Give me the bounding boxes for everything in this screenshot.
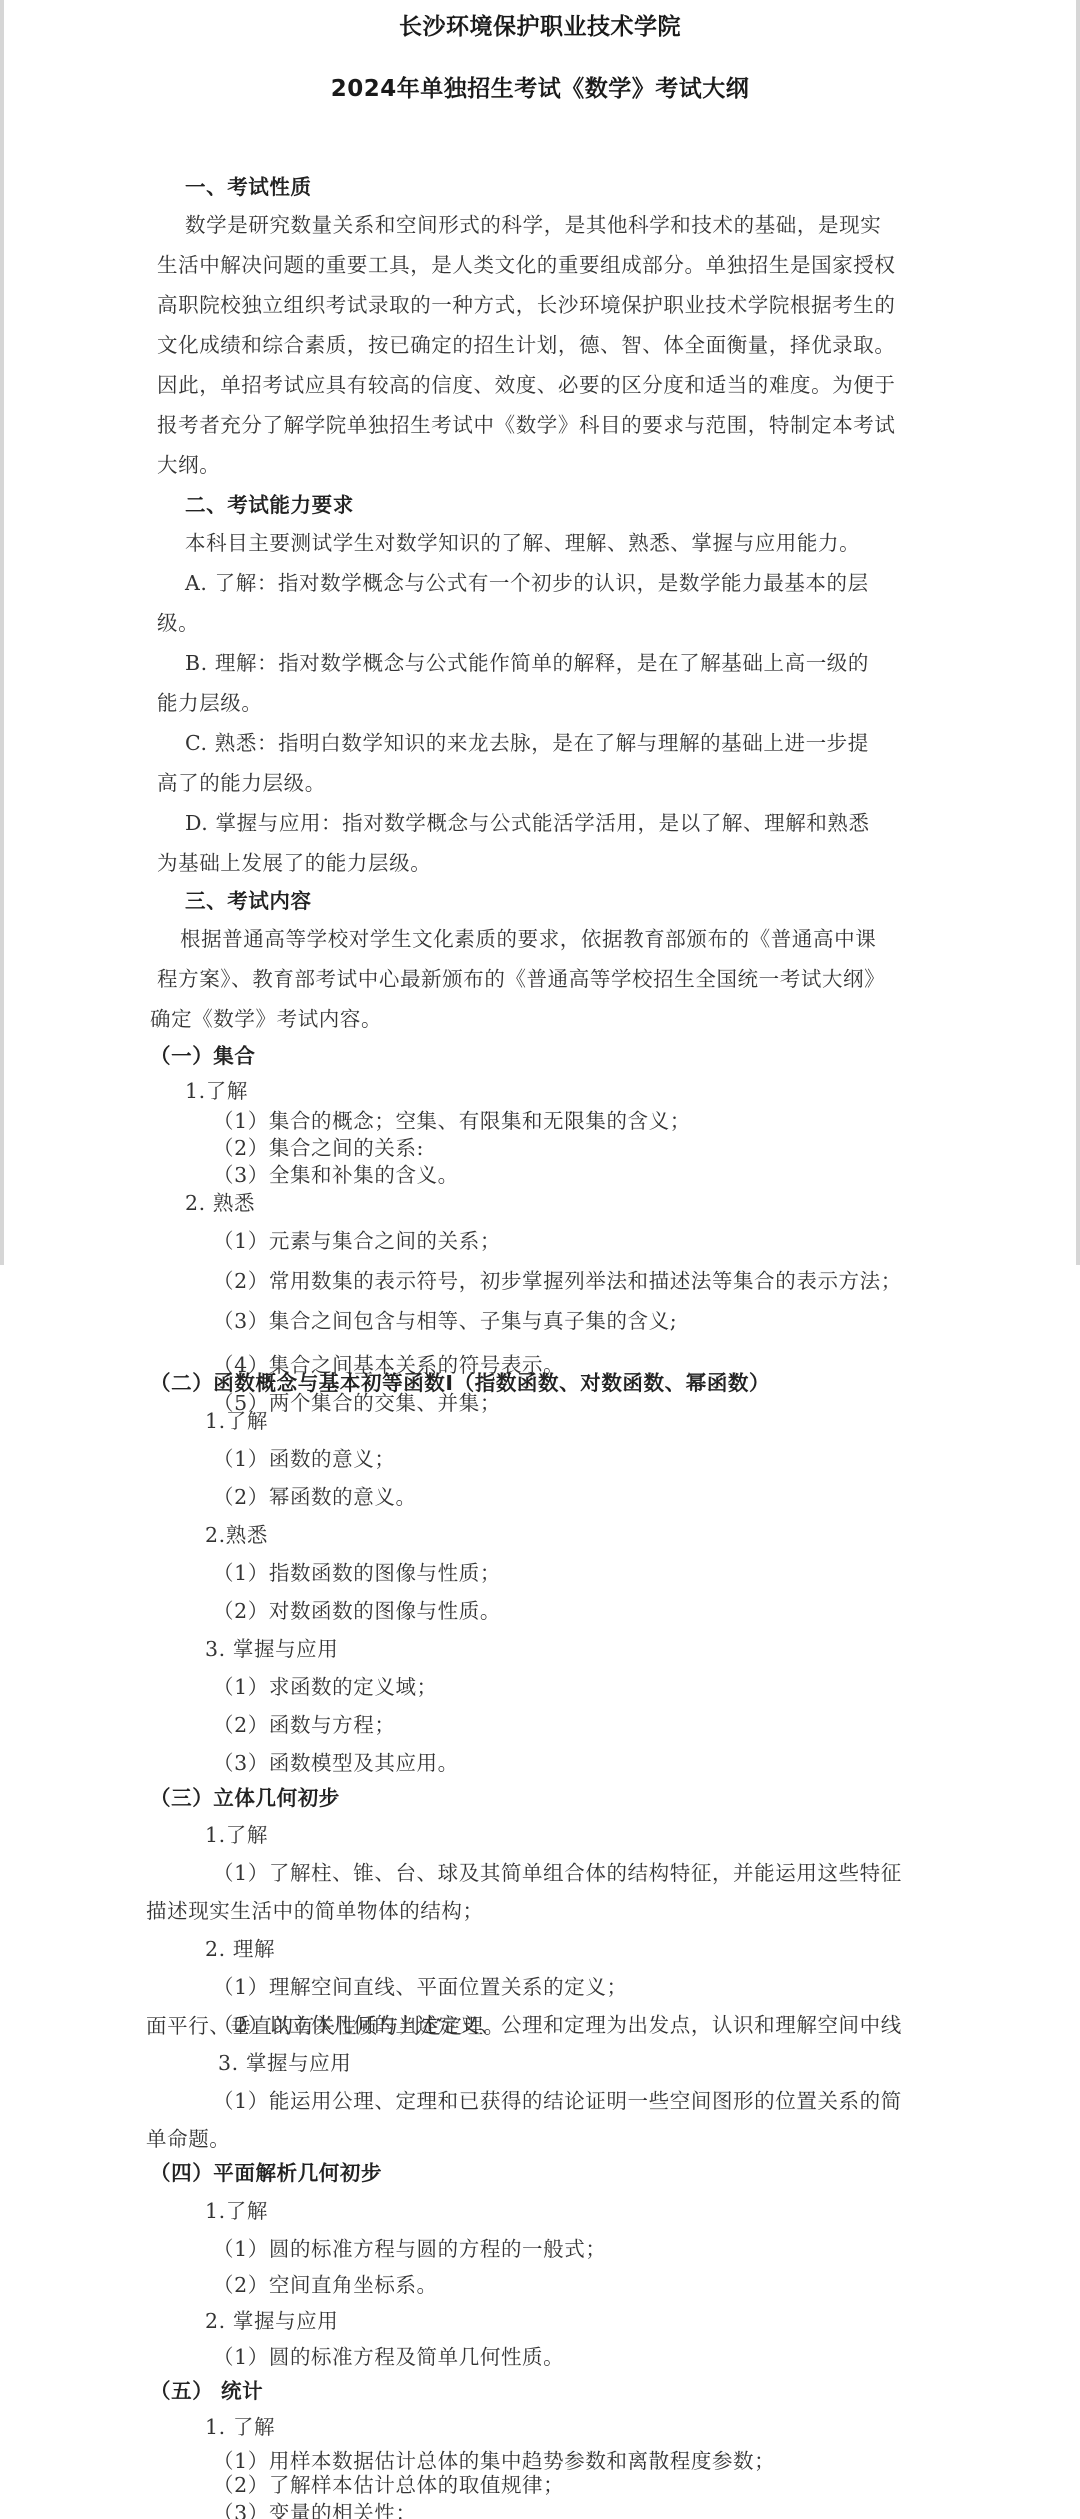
list-item: （3）变量的相关性：	[213, 2500, 417, 2519]
list-item: （1）求函数的定义域；	[213, 1674, 438, 1700]
level-b-line: B. 理解：指对数学概念与公式能作简单的解释，是在了解基础上高一级的	[185, 650, 869, 676]
document-title: 2024年单独招生考试《数学》考试大纲	[0, 76, 1080, 102]
section-heading-ability: 二、考试能力要求	[185, 492, 354, 518]
list-item: （2）集合之间的关系:	[213, 1135, 424, 1161]
paragraph-line: 高职院校独立组织考试录取的一种方式，长沙环境保护职业技术学院根据考生的	[157, 292, 896, 318]
paragraph-line: 本科目主要测试学生对数学知识的了解、理解、熟悉、掌握与应用能力。	[185, 530, 860, 556]
list-item: （1）能运用公理、定理和已获得的结论证明一些空间图形的位置关系的简	[213, 2088, 902, 2114]
list-item: （1）理解空间直线、平面位置关系的定义；	[213, 1974, 628, 2000]
list-item: （2）函数与方程；	[213, 1712, 395, 1738]
topic-heading-functions: （二）函数概念与基本初等函数Ⅰ（指数函数、对数函数、幂函数）	[150, 1370, 770, 1396]
group-label: 1.了解	[205, 2198, 268, 2224]
group-label: 2. 掌握与应用	[205, 2308, 338, 2334]
list-item: （2）空间直角坐标系。	[213, 2272, 438, 2298]
level-a-line: A. 了解：指对数学概念与公式有一个初步的认识，是数学能力最基本的层	[185, 570, 869, 596]
topic-heading-analytic-geometry: （四）平面解析几何初步	[150, 2160, 382, 2186]
list-item: （3）集合之间包含与相等、子集与真子集的含义;	[213, 1308, 677, 1334]
section-heading-nature: 一、考试性质	[185, 174, 312, 200]
group-label: 2. 理解	[205, 1936, 275, 1962]
paragraph-line: 根据普通高等学校对学生文化素质的要求，依据教育部颁布的《普通高中课	[180, 926, 876, 952]
group-label: 2. 熟悉	[185, 1190, 255, 1216]
list-item: （2）幂函数的意义。	[213, 1484, 417, 1510]
list-item: （1）函数的意义；	[213, 1446, 395, 1472]
group-label: 1.了解	[205, 1822, 268, 1848]
paragraph-line: 因此，单招考试应具有较高的信度、效度、必要的区分度和适当的难度。为便于	[157, 372, 896, 398]
group-label: 1.了解	[205, 1408, 268, 1434]
group-label: 3. 掌握与应用	[218, 2050, 351, 2076]
list-item: （1）集合的概念；空集、有限集和无限集的含义；	[213, 1108, 691, 1134]
list-item: （1）元素与集合之间的关系；	[213, 1228, 501, 1254]
list-item: （1）了解柱、锥、台、球及其简单组合体的结构特征，并能运用这些特征	[213, 1860, 902, 1886]
level-d-line: 为基础上发展了的能力层级。	[157, 850, 431, 876]
group-label: 3. 掌握与应用	[205, 1636, 338, 1662]
level-a-line: 级。	[157, 610, 199, 636]
list-item: （1）圆的标准方程与圆的方程的一般式；	[213, 2236, 606, 2262]
paragraph-line: 大纲。	[157, 452, 220, 478]
topic-heading-statistics: （五） 统计	[150, 2378, 263, 2404]
section-heading-content: 三、考试内容	[185, 888, 312, 914]
paragraph-line: 生活中解决问题的重要工具，是人类文化的重要组成部分。单独招生是国家授权	[157, 252, 896, 278]
paragraph-line: 文化成绩和综合素质，按已确定的招生计划，德、智、体全面衡量，择优录取。	[157, 332, 896, 358]
list-item: 描述现实生活中的简单物体的结构；	[146, 1898, 484, 1924]
level-b-line: 能力层级。	[157, 690, 263, 716]
list-item: （2）常用数集的表示符号，初步掌握列举法和描述法等集合的表示方法；	[213, 1268, 902, 1294]
list-item: 面平行、垂直的有关性质与判定定理。	[146, 2013, 505, 2039]
list-item: （1）圆的标准方程及简单几何性质。	[213, 2344, 564, 2370]
level-c-line: C. 熟悉：指明白数学知识的来龙去脉，是在了解与理解的基础上进一步提	[185, 730, 869, 756]
list-item: 单命题。	[146, 2126, 230, 2152]
list-item: （2）了解样本估计总体的取值规律；	[213, 2472, 564, 2498]
paragraph-line: 数学是研究数量关系和空间形式的科学，是其他科学和技术的基础，是现实	[185, 212, 975, 238]
topic-heading-solid-geometry: （三）立体几何初步	[150, 1785, 340, 1811]
list-item: （1）指数函数的图像与性质；	[213, 1560, 501, 1586]
level-c-line: 高了的能力层级。	[157, 770, 326, 796]
paragraph-line: 程方案》、教育部考试中心最新颁布的《普通高等学校招生全国统一考试大纲》	[157, 966, 885, 992]
list-item: （3）全集和补集的含义。	[213, 1162, 459, 1188]
group-label: 1. 了解	[205, 2414, 275, 2440]
group-label: 2.熟悉	[205, 1522, 268, 1548]
list-item: （2）对数函数的图像与性质。	[213, 1598, 501, 1624]
paragraph-line: 确定《数学》考试内容。	[150, 1006, 382, 1032]
topic-heading-sets: （一）集合	[150, 1043, 256, 1069]
level-d-line: D. 掌握与应用：指对数学概念与公式能活学活用，是以了解、理解和熟悉	[185, 810, 870, 836]
group-label: 1.了解	[185, 1078, 248, 1104]
institution-name: 长沙环境保护职业技术学院	[0, 14, 1080, 40]
list-item: （3）函数模型及其应用。	[213, 1750, 459, 1776]
paragraph-line: 报考者充分了解学院单独招生考试中《数学》科目的要求与范围，特制定本考试	[157, 412, 896, 438]
list-item: （1）用样本数据估计总体的集中趋势参数和离散程度参数；	[213, 2448, 775, 2474]
